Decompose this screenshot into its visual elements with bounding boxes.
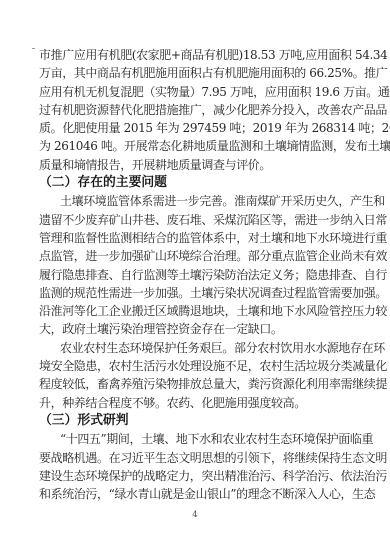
text-line: 大，政府土壤污染治理管控资金存在一定缺口。 xyxy=(39,320,337,338)
text-line: 为 261046 吨。开展常态化耕地质量监测和土壤墒情监测，发布土壤 xyxy=(39,137,337,155)
text-line: 遗留不少废弃矿山井巷、废石堆、采煤沉陷区等，需进一步纳入日常 xyxy=(39,211,337,229)
text-line: “十四五”期间，土壤、地下水和农业农村生态环境保护面临重 xyxy=(39,430,337,448)
text-line: 履行隐患排查、自行监测等土壤污染防治法定义务；隐患排查、自行 xyxy=(39,266,337,284)
text-line: 管理和监督性监测相结合的监管体系中，对土壤和地下水环境进行重 xyxy=(39,229,337,247)
text-line: 农业农村生态环境保护任务艰巨。部分农村饮用水水源地存在环 xyxy=(39,339,337,357)
text-line: 点监管，进一步加强矿山环境综合治理。部分重点监管企业尚未有效 xyxy=(39,247,337,265)
text-line: 程度较低，畜禽养殖污染物排放总量大，粪污资源化利用率需继续提 xyxy=(39,375,337,393)
text-line: 市推广应用有机肥(农家肥+商品有机肥)18.53 万吨,应用面积 54.34 xyxy=(39,46,337,64)
text-line: 土壤环境监管体系需进一步完善。淮南煤矿开采历史久，产生和 xyxy=(39,192,337,210)
text-line: 境安全隐患，农村生活污水处理设施不足，农村生活垃圾分类减量化 xyxy=(39,357,337,375)
text-line: 过有机肥资源替代化肥措施推广，减少化肥养分投入，改善农产品品 xyxy=(39,101,337,119)
text-line: 升，种养结合程度不够。农药、化肥施用强度较高。 xyxy=(39,394,337,412)
text-line: 质。化肥使用量 2015 年为 297459 吨；2019 年为 268314 … xyxy=(39,119,337,137)
scan-artifact xyxy=(32,48,35,49)
section-heading-outlook: （三）形式研判 xyxy=(39,412,337,430)
text-line: 应用有机无机复混肥（实物量）7.95 万吨，应用面积 19.6 万亩。通 xyxy=(39,83,337,101)
text-line: 质量和墒情报告，开展耕地质量调查与评价。 xyxy=(39,156,337,174)
section-heading-problems: （二）存在的主要问题 xyxy=(39,174,337,192)
text-line: 沿淮河等化工企业搬迁区域腾退地块，土壤和地下水风险管控压力较 xyxy=(39,302,337,320)
page-text-block: 市推广应用有机肥(农家肥+商品有机肥)18.53 万吨,应用面积 54.34 万… xyxy=(39,46,337,503)
text-line: 建设生态环境保护的战略定力，突出精准治污、科学治污、依法治污 xyxy=(39,467,337,485)
text-line: 万亩，其中商品有机肥施用面积占有机肥施用面积的 66.25%。推广 xyxy=(39,64,337,82)
page-number: 4 xyxy=(0,510,390,520)
document-page: 市推广应用有机肥(农家肥+商品有机肥)18.53 万吨,应用面积 54.34 万… xyxy=(0,0,390,551)
text-line: 监测的规范性需进一步加强。土壤污染状况调查过程监管需要加强。 xyxy=(39,284,337,302)
text-line: 和系统治污，“绿水青山就是金山银山”的理念不断深入人心，生态 xyxy=(39,485,337,503)
text-line: 要战略机遇。在习近平生态文明思想的引领下，将继续保持生态文明 xyxy=(39,449,337,467)
